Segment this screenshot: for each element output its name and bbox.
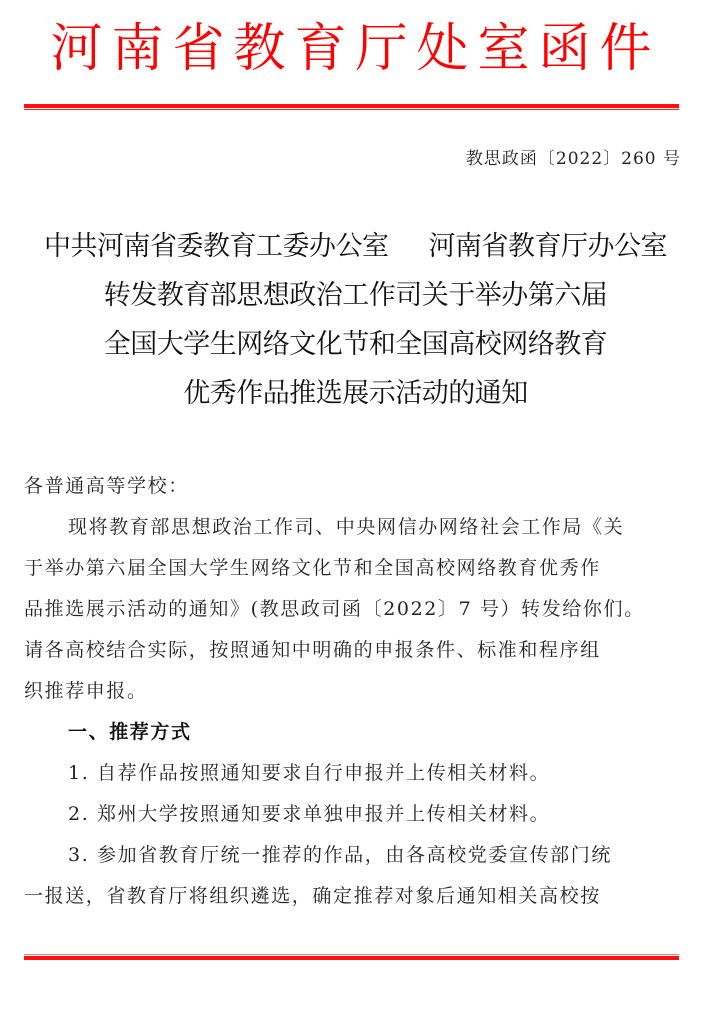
- document-page: 河南省教育厅处室函件 教思政函〔2022〕260 号 中共河南省委教育工委办公室…: [0, 0, 711, 1011]
- intro-line: 请各高校结合实际，按照通知中明确的申报条件、标准和程序组: [24, 630, 688, 671]
- document-title: 中共河南省委教育工委办公室河南省教育厅办公室 转发教育部思想政治工作司关于举办第…: [0, 222, 711, 418]
- title-line-2: 转发教育部思想政治工作司关于举办第六届: [0, 271, 711, 320]
- section-heading-recommendation-method: 一、推荐方式: [24, 712, 688, 753]
- list-item-1: 1. 自荐作品按照通知要求自行申报并上传相关材料。: [24, 753, 688, 794]
- document-number: 教思政函〔2022〕260 号: [466, 144, 681, 169]
- list-item-3-line: 3. 参加省教育厅统一推荐的作品，由各高校党委宣传部门统: [24, 835, 688, 876]
- title-line-4: 优秀作品推选展示活动的通知: [0, 369, 711, 418]
- salutation: 各普通高等学校：: [24, 466, 688, 507]
- intro-line: 现将教育部思想政治工作司、中央网信办网络社会工作局《关: [24, 507, 688, 548]
- intro-paragraph: 现将教育部思想政治工作司、中央网信办网络社会工作局《关 于举办第六届全国大学生网…: [24, 507, 688, 712]
- intro-line: 品推选展示活动的通知》(教思政司函〔2022〕7 号）转发给你们。: [24, 589, 688, 630]
- masthead-red-rule: [24, 104, 679, 110]
- list-item-3-line: 一报送，省教育厅将组织遴选，确定推荐对象后通知相关高校按: [24, 876, 688, 917]
- title-line-3: 全国大学生网络文化节和全国高校网络教育: [0, 320, 711, 369]
- document-body: 各普通高等学校： 现将教育部思想政治工作司、中央网信办网络社会工作局《关 于举办…: [24, 466, 688, 917]
- title-issuer-2: 河南省教育厅办公室: [429, 231, 668, 262]
- intro-line: 于举办第六届全国大学生网络文化节和全国高校网络教育优秀作: [24, 548, 688, 589]
- title-issuer-1: 中共河南省委教育工委办公室: [44, 231, 389, 262]
- footer-red-rule: [24, 954, 679, 960]
- list-item-3: 3. 参加省教育厅统一推荐的作品，由各高校党委宣传部门统 一报送，省教育厅将组织…: [24, 835, 688, 917]
- list-item-2: 2. 郑州大学按照通知要求单独申报并上传相关材料。: [24, 794, 688, 835]
- title-issuers-line: 中共河南省委教育工委办公室河南省教育厅办公室: [0, 222, 711, 271]
- intro-line: 织推荐申报。: [24, 671, 688, 712]
- masthead-title: 河南省教育厅处室函件: [0, 14, 711, 84]
